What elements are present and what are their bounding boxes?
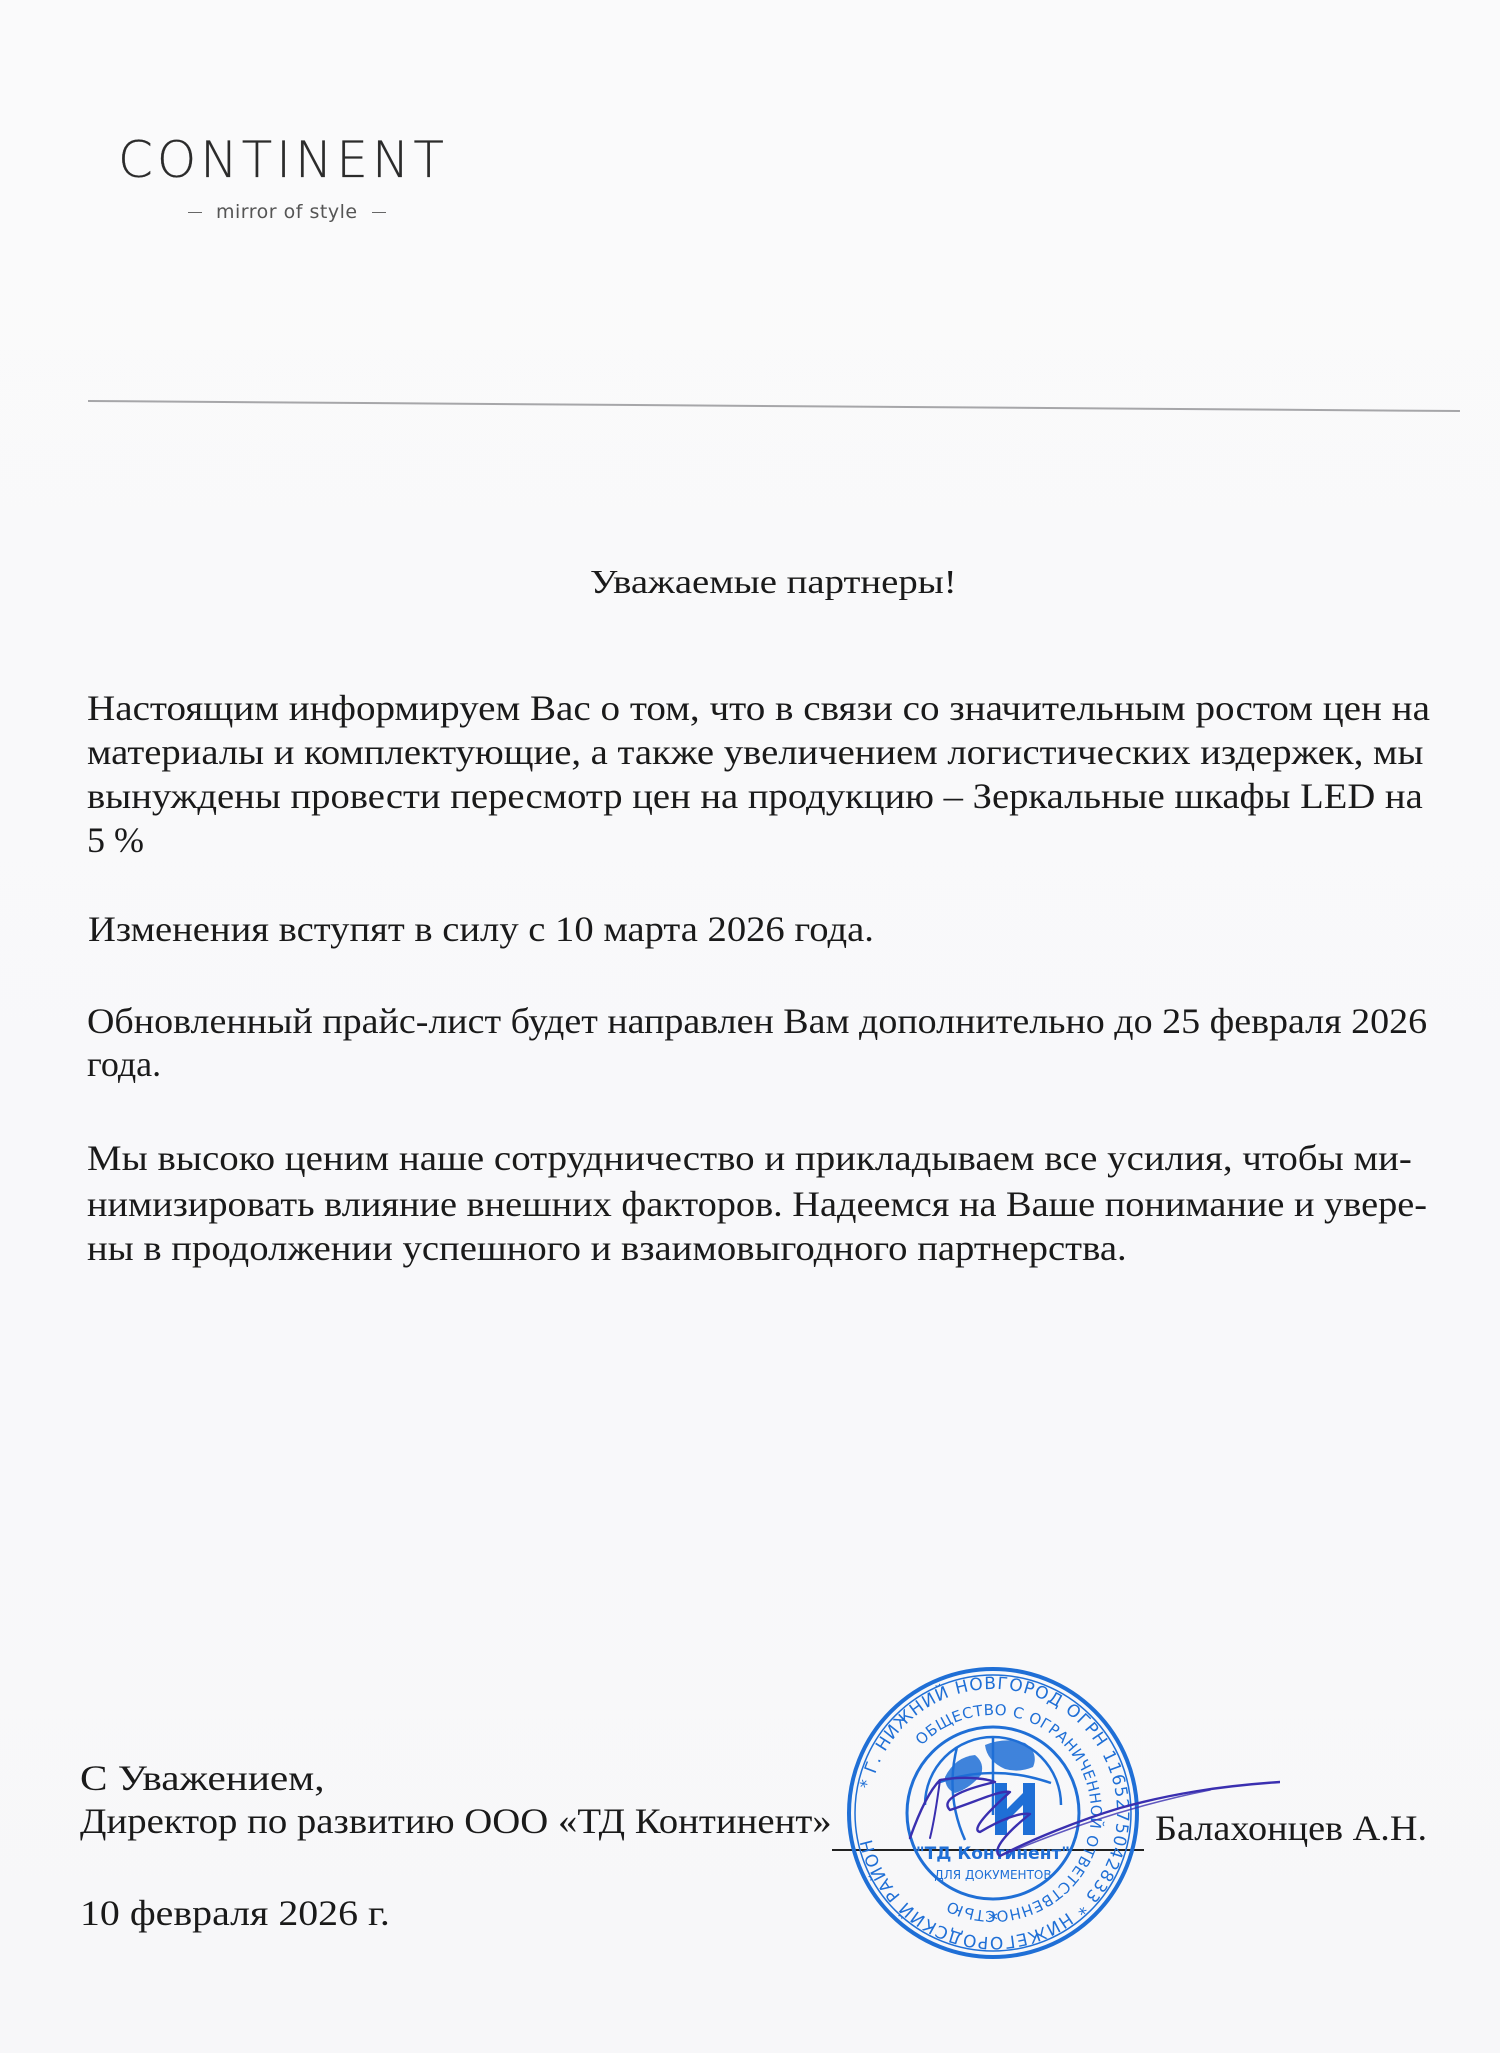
paragraph-line: Мы высоко ценим наше сотрудничество и пр… <box>87 1140 1412 1176</box>
paragraph-line: ны в продолжении успешного и взаимовыгод… <box>87 1230 1127 1266</box>
svg-text:ДЛЯ ДОКУМЕНТОВ: ДЛЯ ДОКУМЕНТОВ <box>934 1868 1051 1882</box>
greeting: Уважаемые партнеры! <box>590 566 957 600</box>
signatory-title: Директор по развитию ООО «ТД Континент» <box>80 1803 832 1839</box>
tagline-dash-right <box>372 212 386 214</box>
svg-text:"ТД Континент": "ТД Континент" <box>916 1844 1070 1864</box>
company-stamp-icon: * Г. НИЖНИЙ НОВГОРОД ОГРН 1165275042833 … <box>845 1665 1141 1961</box>
paragraph-line: года. <box>87 1046 161 1082</box>
closing-salutation: С Уважением, <box>80 1760 325 1796</box>
letter-page: CONTINENT mirror of style Уважаемые парт… <box>0 0 1500 2053</box>
svg-text:*: * <box>988 1908 998 1932</box>
signatory-name: Балахонцев А.Н. <box>1155 1810 1427 1846</box>
paragraph-line: Настоящим информируем Вас о том, что в с… <box>87 690 1430 726</box>
company-logo: CONTINENT mirror of style <box>118 135 538 235</box>
paragraph-line: вынуждены провести пересмотр цен на прод… <box>87 778 1423 814</box>
paragraph-line: материалы и комплектующие, а также увели… <box>87 734 1423 770</box>
logo-wordmark: CONTINENT <box>118 135 528 185</box>
paragraph-line: нимизировать влияние внешних факторов. Н… <box>87 1186 1427 1222</box>
paragraph-line: Изменения вступят в силу с 10 марта 2026… <box>88 911 874 947</box>
tagline-dash-left <box>188 212 202 214</box>
paragraph-line: 5 % <box>87 822 144 858</box>
letter-date: 10 февраля 2026 г. <box>80 1895 390 1931</box>
paragraph-line: Обновленный прайс-лист будет направлен В… <box>87 1003 1427 1039</box>
logo-tagline-row: mirror of style <box>188 203 518 222</box>
logo-tagline: mirror of style <box>216 203 358 222</box>
header-divider <box>88 400 1460 412</box>
